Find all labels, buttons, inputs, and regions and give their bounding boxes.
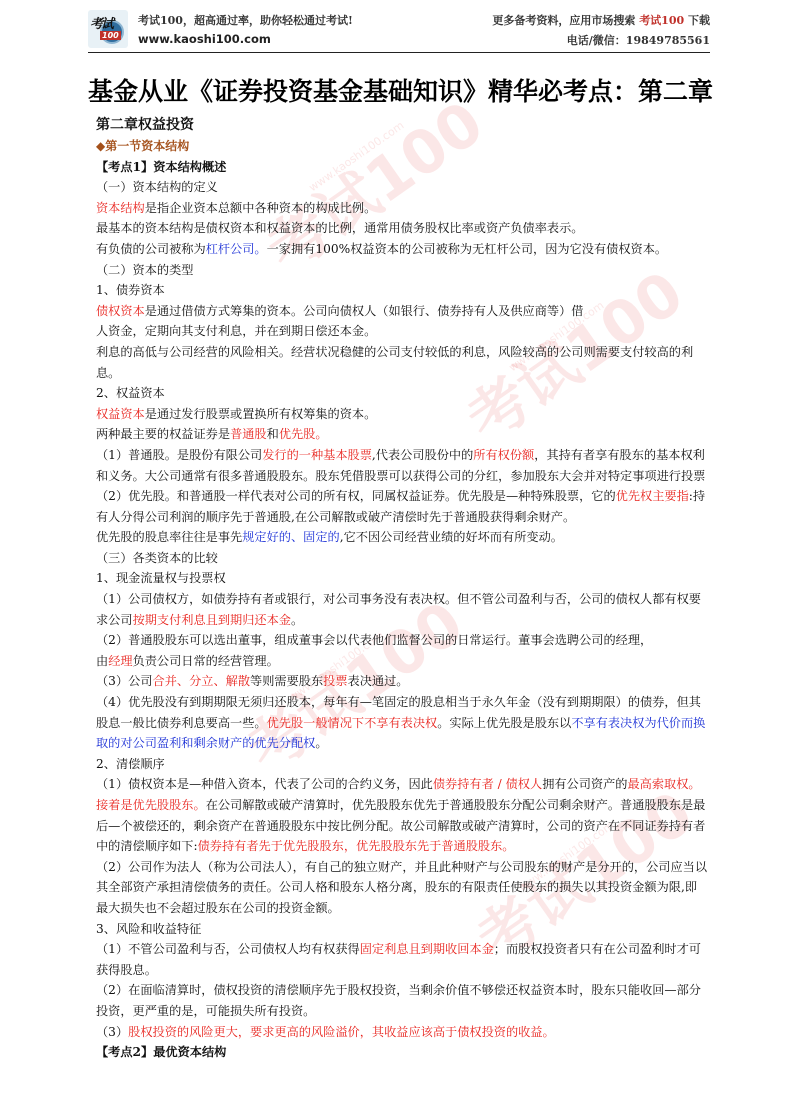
text: （3） bbox=[96, 1025, 128, 1039]
highlight-red: 发行的一种基本股票 bbox=[262, 448, 372, 462]
paragraph: （4）优先股没有到期期限无须归还股本，每年有—笔固定的股息相当于永久年金（没有到… bbox=[96, 692, 708, 754]
text: （2）普通股股东可以选出董事，组成董事会以代表他们监督公司的日常运行。董事会选聘… bbox=[96, 633, 652, 647]
text: ,它不因公司经营业绩的好坏而有所变动。 bbox=[340, 530, 563, 544]
header-app-promo: 更多备考资料，应用市场搜索 考试100 下载 bbox=[492, 12, 710, 28]
paragraph: （2）公司作为法人（称为公司法人），有自己的独立财产，并且此种财产与公司股东的财… bbox=[96, 857, 708, 919]
highlight-red: 股权投资的风险更大，要求更高的风险溢价，其收益应该高于债权投资的收益。 bbox=[128, 1025, 555, 1039]
page-header: 考试 100 考试100，超高通过率，助你轻松通过考试! www.kaoshi1… bbox=[88, 8, 710, 52]
subheading: 2、清偿顺序 bbox=[96, 754, 708, 775]
text: 是通过借债方式筹集的资本。公司向债权人（如银行、债券持有人及供应商等）借 bbox=[145, 304, 584, 318]
highlight-red: 普通股 bbox=[230, 427, 267, 441]
text: 等则需要股东 bbox=[250, 674, 323, 688]
highlight-red: 优先股。 bbox=[279, 427, 328, 441]
paragraph: （3）公司合并、分立、解散等则需要股东投票表决通过。 bbox=[96, 671, 708, 692]
header-slogan: 考试100，超高通过率，助你轻松通过考试! bbox=[138, 12, 353, 28]
highlight-red: 债券持有者 / 债权人 bbox=[433, 777, 542, 791]
highlight-red: 权益资本 bbox=[96, 407, 145, 421]
paragraph: （2）优先股。和普通股一样代表对公司的所有权，同属权益证券。优先股是—种特殊股票… bbox=[96, 486, 708, 527]
highlight-red: 合并、分立、解散 bbox=[153, 674, 251, 688]
text: 有负债的公司被称为 bbox=[96, 242, 206, 256]
paragraph: 资本结构是指企业资本总额中各种资本的构成比例。 bbox=[96, 198, 708, 219]
highlight-red: 优先权主要指 bbox=[616, 489, 689, 503]
paragraph: 优先股的股息率往往是事先规定好的、固定的,它不因公司经营业绩的好坏而有所变动。 bbox=[96, 527, 708, 548]
highlight-red: 按期支付利息且到期归还本金 bbox=[133, 613, 291, 627]
paragraph: （1）债权资本是—种借入资本，代表了公司的合约义务，因此债券持有者 / 债权人拥… bbox=[96, 774, 708, 856]
paragraph: （1）不管公司盈利与否，公司债权人均有权获得固定利息且到期收回本金；而股权投资者… bbox=[96, 939, 708, 980]
highlight-red: 固定利息且到期收回本金 bbox=[360, 942, 494, 956]
highlight-blue: 杠杆公司。 bbox=[206, 242, 267, 256]
paragraph: （1）普通股。是股份有限公司发行的一种基本股票,代表公司股份中的所有权份额，其持… bbox=[96, 445, 708, 486]
highlight-red: 资本结构 bbox=[96, 201, 145, 215]
highlight-red: 投票 bbox=[323, 674, 347, 688]
paragraph: 利息的高低与公司经营的风险相关。经营状况稳健的公司支付较低的利息，风险较高的公司… bbox=[96, 342, 708, 383]
text: （3）公司 bbox=[96, 674, 153, 688]
text: （1）普通股。是股份有限公司 bbox=[96, 448, 262, 462]
highlight-red: 债券持有者先于优先股股东，优先股股东先于普通股股东。 bbox=[198, 839, 515, 853]
highlight-red: 债权资本 bbox=[96, 304, 145, 318]
text: 两种最主要的权益证券是 bbox=[96, 427, 230, 441]
text: ,代表公司股份中的 bbox=[372, 448, 473, 462]
kaoshi100-logo-icon: 考试 100 bbox=[88, 10, 128, 48]
text: 表决通过。 bbox=[348, 674, 409, 688]
subheading: 1、现金流量权与投票权 bbox=[96, 568, 708, 589]
highlight-red: 所有权份额 bbox=[473, 448, 534, 462]
paragraph: 人资金，定期向其支付利息，并在到期日偿还本金。 bbox=[96, 321, 708, 342]
highlight-red: 优先股一般情况下不享有表决权 bbox=[267, 716, 438, 730]
logo-text-bottom: 100 bbox=[100, 31, 121, 40]
logo-text-top: 考试 bbox=[90, 13, 112, 32]
paragraph: （2）普通股股东可以选出董事，组成董事会以代表他们监督公司的日常运行。董事会选聘… bbox=[96, 630, 708, 671]
text: （1）债权资本是—种借入资本，代表了公司的合约义务，因此 bbox=[96, 777, 433, 791]
kaodian-heading-2: 【考点2】最优资本结构 bbox=[96, 1042, 708, 1063]
paragraph: 有负债的公司被称为杠杆公司。一家拥有100%权益资本的公司被称为无杠杆公司，因为… bbox=[96, 239, 708, 260]
subheading: （一）资本结构的定义 bbox=[96, 177, 708, 198]
subheading: （二）资本的类型 bbox=[96, 260, 708, 281]
promo-brand: 考试100 bbox=[639, 14, 684, 27]
header-divider bbox=[88, 52, 710, 53]
highlight-blue: 规定好的、固定的 bbox=[242, 530, 340, 544]
promo-suffix: 下载 bbox=[684, 14, 710, 27]
paragraph: 最基本的资本结构是债权资本和权益资本的比例，通常用债务股权比率或资产负债率表示。 bbox=[96, 218, 708, 239]
subheading: 2、权益资本 bbox=[96, 383, 708, 404]
text: 是指企业资本总额中各种资本的构成比例。 bbox=[145, 201, 377, 215]
kaodian-heading-1: 【考点1】资本结构概述 bbox=[96, 157, 708, 178]
paragraph: （1）公司债权方，如债券持有者或银行，对公司事务没有表决权。但不管公司盈利与否，… bbox=[96, 589, 708, 630]
paragraph: （2）在面临清算时，债权投资的清偿顺序先于股权投资，当剩余价值不够偿还权益资本时… bbox=[96, 980, 708, 1021]
subheading: 1、债券资本 bbox=[96, 280, 708, 301]
text: 是通过发行股票或置换所有权筹集的资本。 bbox=[145, 407, 377, 421]
text: （1）不管公司盈利与否，公司债权人均有权获得 bbox=[96, 942, 360, 956]
paragraph: 权益资本是通过发行股票或置换所有权筹集的资本。 bbox=[96, 404, 708, 425]
subheading: （三）各类资本的比较 bbox=[96, 548, 708, 569]
subheading: 3、风险和收益特征 bbox=[96, 919, 708, 940]
section-heading: ◆第一节资本结构 bbox=[96, 136, 708, 157]
document-title: 基金从业《证券投资基金基础知识》精华必考点：第二章 bbox=[88, 72, 710, 108]
text: 和 bbox=[267, 427, 279, 441]
promo-prefix: 更多备考资料，应用市场搜索 bbox=[492, 14, 639, 27]
text: 。 bbox=[291, 613, 303, 627]
text: 优先股的股息率往往是事先 bbox=[96, 530, 242, 544]
text: 一家拥有100%权益资本的公司被称为无杠杆公司，因为它没有债权资本。 bbox=[267, 242, 667, 256]
text: 。实际上优先股是股东以 bbox=[437, 716, 571, 730]
text: 拥有公司资产的 bbox=[542, 777, 627, 791]
paragraph: 两种最主要的权益证券是普通股和优先股。 bbox=[96, 424, 708, 445]
text: （2）优先股。和普通股一样代表对公司的所有权，同属权益证券。优先股是—种特殊股票… bbox=[96, 489, 616, 503]
text: 负责公司日常的经营管理。 bbox=[133, 654, 279, 668]
paragraph: 债权资本是通过借债方式筹集的资本。公司向债权人（如银行、债券持有人及供应商等）借 bbox=[96, 301, 708, 322]
text: 。 bbox=[315, 736, 327, 750]
header-contact: 电话/微信：19849785561 bbox=[567, 32, 710, 48]
paragraph: （3）股权投资的风险更大，要求更高的风险溢价，其收益应该高于债权投资的收益。 bbox=[96, 1022, 708, 1043]
header-website-link[interactable]: www.kaoshi100.com bbox=[138, 32, 271, 46]
text: 由 bbox=[96, 654, 108, 668]
highlight-red: 经理 bbox=[108, 654, 132, 668]
chapter-heading: 第二章权益投资 bbox=[96, 114, 708, 136]
document-body: 第二章权益投资 ◆第一节资本结构 【考点1】资本结构概述 （一）资本结构的定义 … bbox=[96, 114, 708, 1063]
